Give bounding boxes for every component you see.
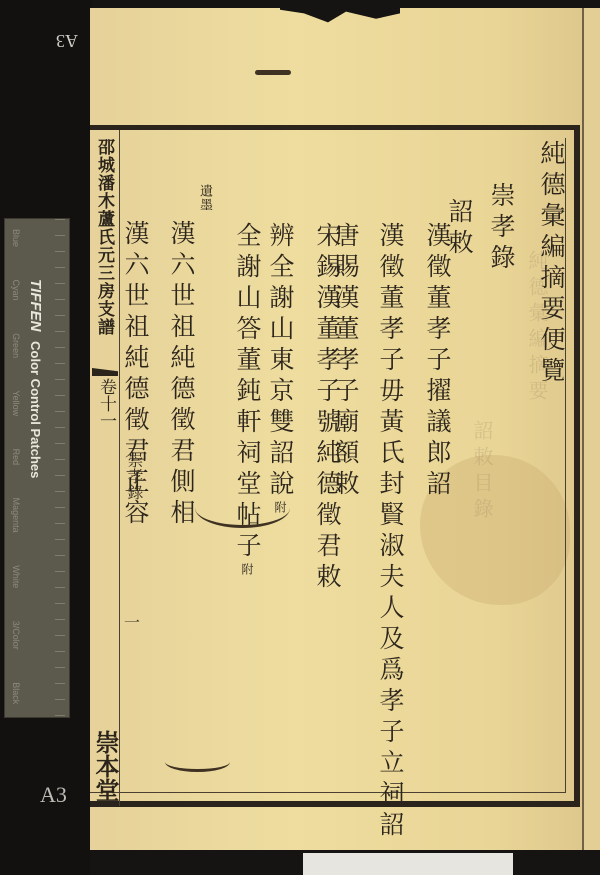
scan-scene: A3 A3 Blue Cyan Green Yellow Red Magenta… xyxy=(0,0,600,875)
margin-column: 邵城潘木蘆氏元三房支譜 卷十一 崇孝錄 一 崇本堂 xyxy=(90,130,120,806)
bottom-label-chip xyxy=(303,853,513,875)
fishtail-mark xyxy=(92,368,118,376)
annotation: 附 xyxy=(240,563,254,575)
hall-name: 崇本堂 xyxy=(90,730,120,802)
heading-column: 純德彙編摘要便覽 xyxy=(536,140,566,388)
board-label-mirrored: A3 xyxy=(56,30,78,51)
section-title: 崇孝錄 xyxy=(486,182,516,275)
entry-column: 漢徵董孝子擢議郎詔 xyxy=(422,222,452,501)
ink-mark xyxy=(255,70,291,75)
entry-column: 漢六世祖純德徵君側相 xyxy=(166,220,196,530)
page-number: 一 xyxy=(124,610,140,633)
ink-scribble xyxy=(195,488,290,528)
adjacent-leaf xyxy=(582,8,600,853)
patch-labels: Blue Cyan Green Yellow Red Magenta White… xyxy=(11,229,21,734)
entry-column: 漢徵董孝子毋黃氏封賢淑夫人及爲孝子立祠詔 xyxy=(375,222,405,842)
strip-brand: TIFFEN Color Control Patches xyxy=(27,279,44,478)
entry-column: 宋錫漢董孝子號純德徵君敕 xyxy=(312,222,342,594)
color-control-strip: Blue Cyan Green Yellow Red Magenta White… xyxy=(4,218,70,718)
book-title: 邵城潘木蘆氏元三房支譜 xyxy=(93,138,115,336)
tiffen-logo: TIFFEN xyxy=(27,279,44,332)
torn-edge xyxy=(280,8,400,26)
ruler-ticks xyxy=(55,219,65,717)
entry-column: 漢六世祖純德徵君正容 xyxy=(120,220,150,530)
board-label: A3 xyxy=(40,782,67,808)
strip-title: Color Control Patches xyxy=(28,341,43,478)
seal-mark: 遺墨 xyxy=(196,184,212,212)
entry-column: 辨全謝山東京雙詔說附 xyxy=(265,222,295,513)
ink-scribble xyxy=(165,752,230,772)
volume-label: 卷十一 xyxy=(96,378,116,429)
